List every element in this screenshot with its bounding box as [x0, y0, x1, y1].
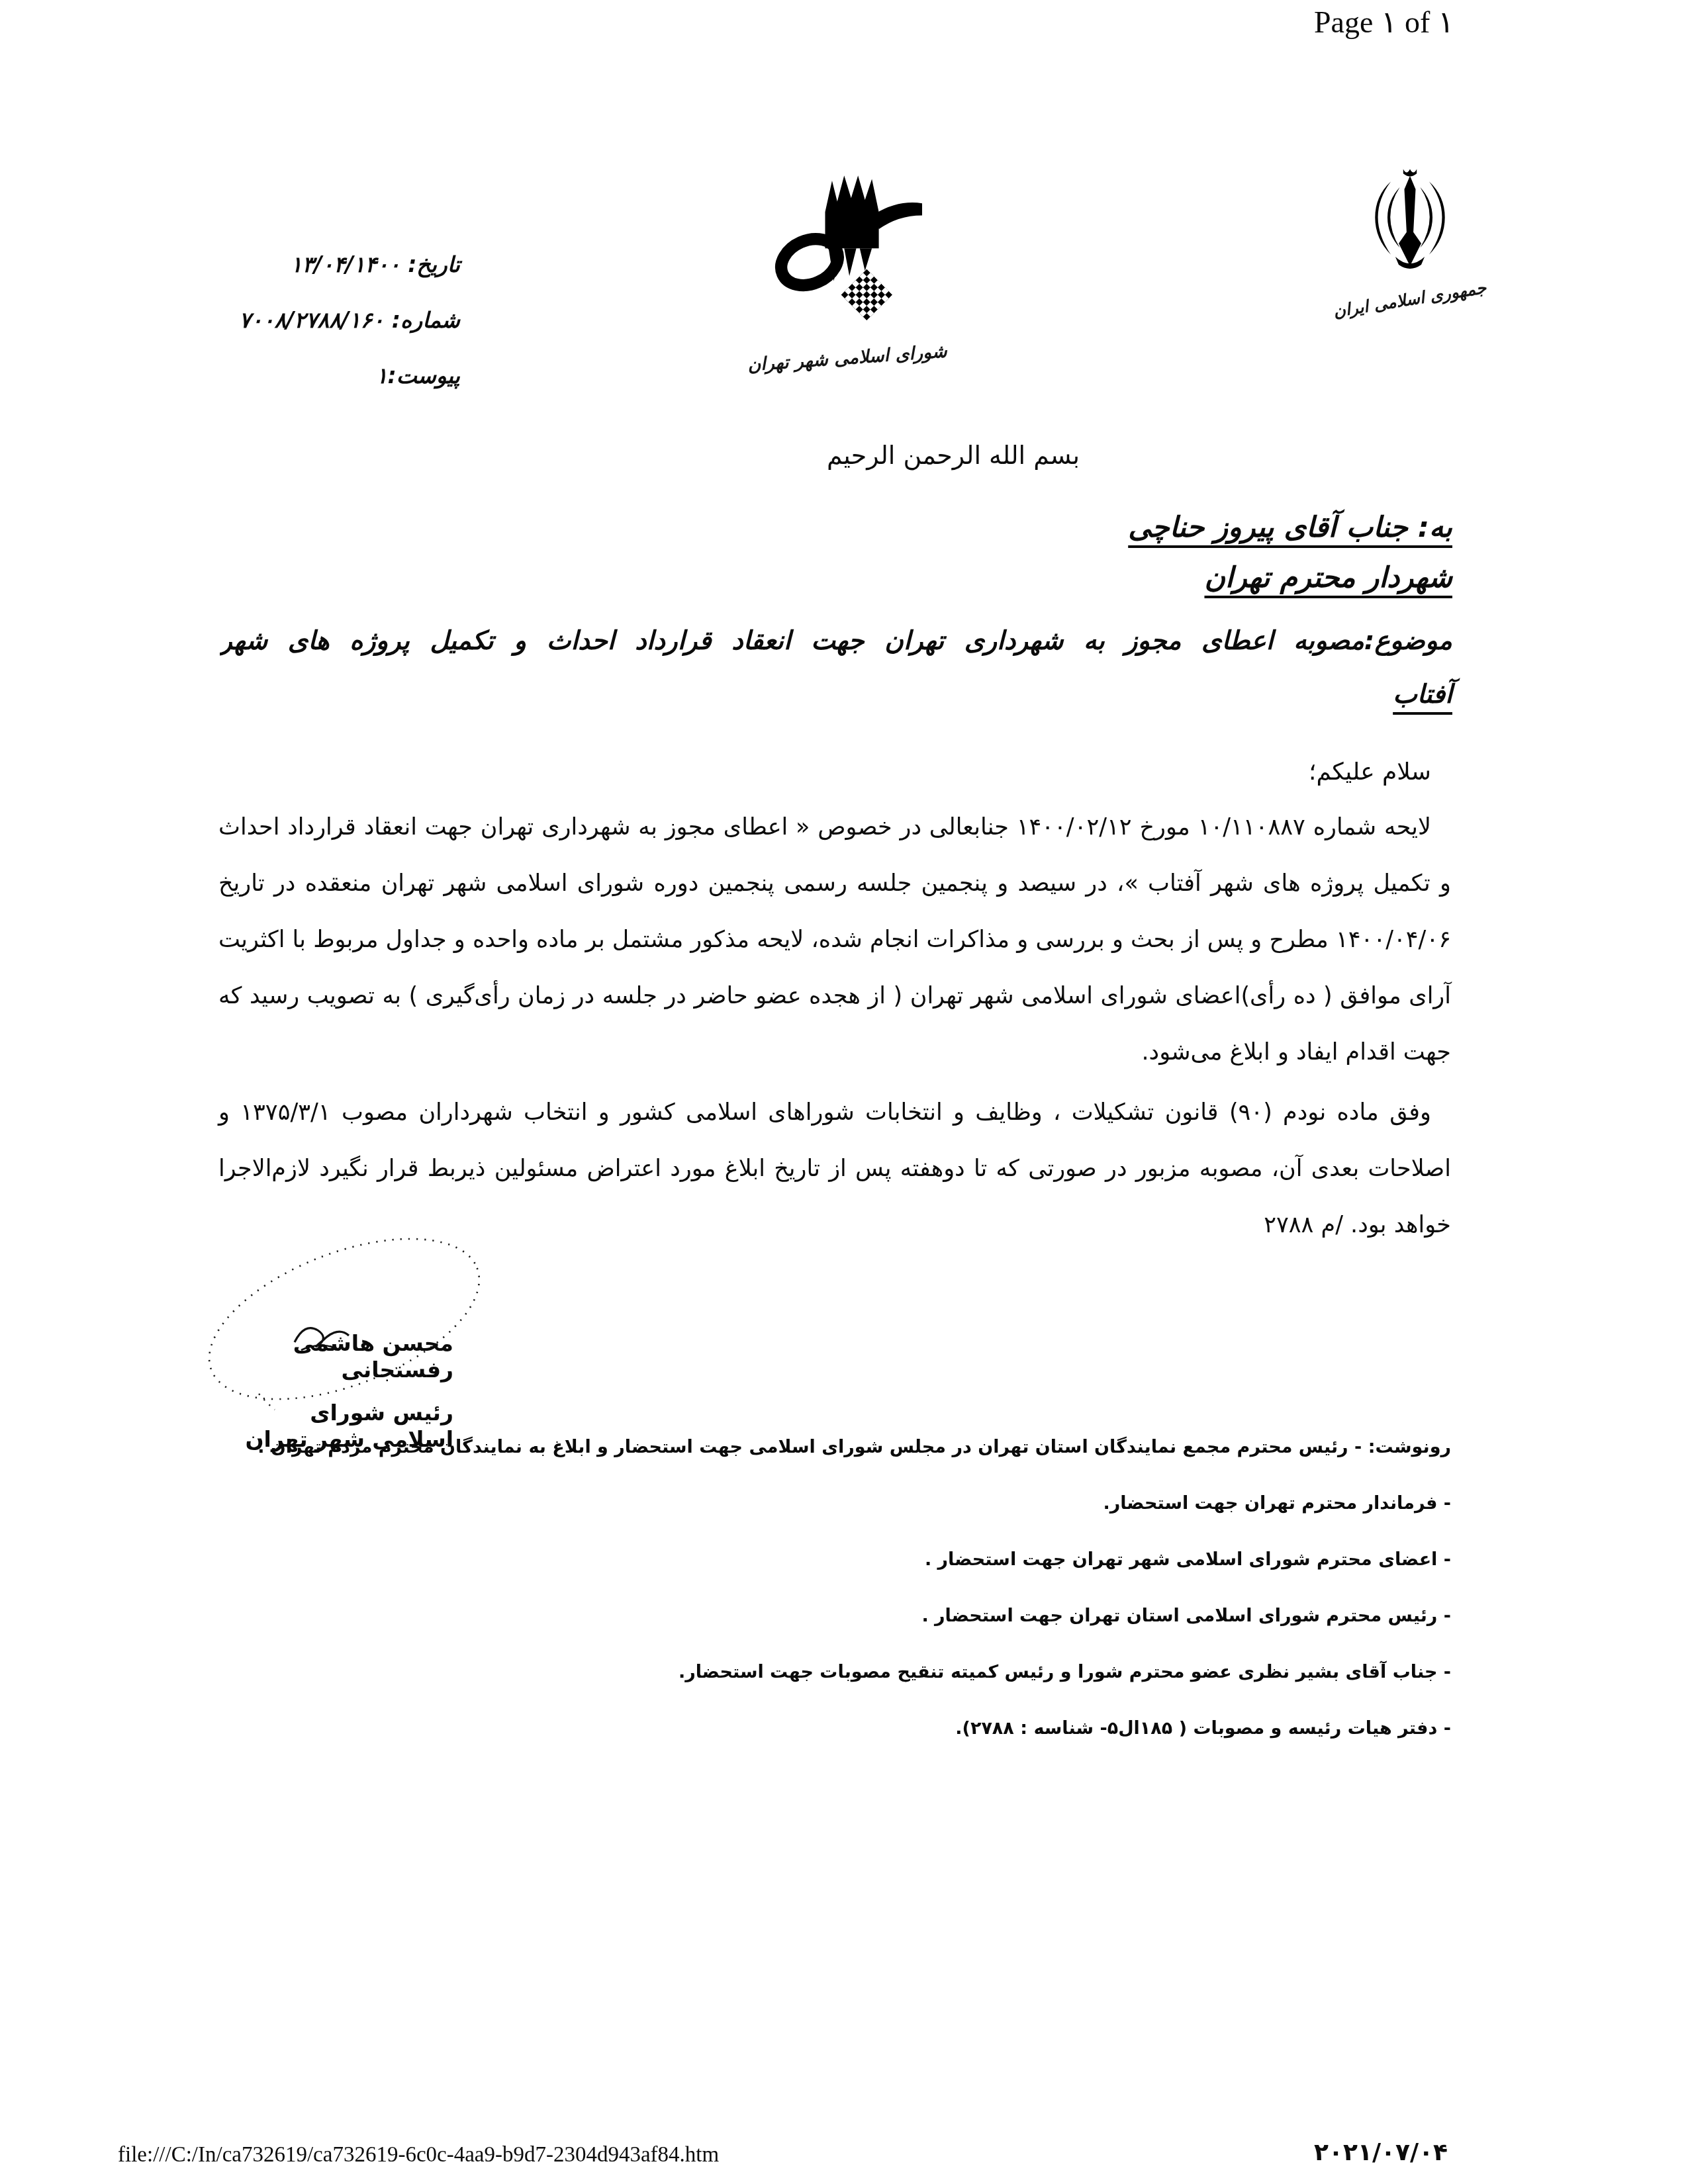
signatory: محسن هاشمی رفسنجانی رئیس شورای اسلامی شه… — [235, 1330, 453, 1453]
to-line: به: جناب آقای پیروز حناچی — [1128, 511, 1452, 544]
to-title-wrap: شهردار محترم تهران — [220, 561, 1452, 612]
page-counter: Page ۱ of ۱ — [1314, 4, 1685, 40]
subject-line-2-wrap: آفتاب — [220, 680, 1452, 709]
to-title: شهردار محترم تهران — [1204, 561, 1452, 594]
iran-emblem-caption: جمهوری اسلامی ایران — [1332, 278, 1487, 321]
subject-line-1: موضوع:مصوبه اعطای مجوز به شهرداری تهران … — [220, 626, 1452, 656]
basmala: بسم الله الرحمن الرحیم — [781, 441, 1125, 470]
footer-file-path: file:///C:/In/ca732619/ca732619-6c0c-4aa… — [118, 2143, 719, 2167]
body-paragraph-2: وفق ماده نودم (۹۰) قانون تشکیلات ، وظایف… — [218, 1085, 1451, 1253]
body-paragraph-1: لایحه شماره ۱۰/۱۱۰۸۸۷ مورخ ۱۴۰۰/۰۲/۱۲ جن… — [218, 799, 1451, 1081]
council-logo-block: شورای اسلامی شهر تهران — [745, 167, 950, 369]
scanned-letter-page: Page ۱ of ۱ تاریخ: ۱۳/۰۴/۱۴۰۰ شماره: ۷۰۰… — [0, 0, 1688, 2184]
letterhead-meta: تاریخ: ۱۳/۰۴/۱۴۰۰ شماره: ۷۰۰۸/۲۷۸۸/۱۶۰ پ… — [235, 251, 460, 418]
footer-date: ۲۰۲۱/۰۷/۰۴ — [1314, 2139, 1448, 2166]
letter-body: لایحه شماره ۱۰/۱۱۰۸۸۷ مورخ ۱۴۰۰/۰۲/۱۲ جن… — [218, 799, 1451, 1253]
cc-item: - دفتر هیات رئیسه و مصوبات ( ۱۸۵ال۵- شنا… — [218, 1717, 1451, 1739]
cc-item: رونوشت: - رئیس محترم مجمع نمایندگان استا… — [218, 1436, 1451, 1458]
addressee-block: به: جناب آقای پیروز حناچی شهردار محترم ت… — [220, 511, 1452, 709]
letter-attachment: پیوست:۱ — [235, 363, 460, 389]
cc-item: - اعضای محترم شورای اسلامی شهر تهران جهت… — [218, 1549, 1451, 1570]
subject-line-2: آفتاب — [1393, 680, 1452, 709]
signature-block: محسن هاشمی رفسنجانی رئیس شورای اسلامی شه… — [195, 1236, 592, 1448]
iran-emblem-block: جمهوری اسلامی ایران — [1307, 167, 1513, 309]
cc-item: - رئیس محترم شورای اسلامی استان تهران جه… — [218, 1605, 1451, 1627]
cc-list: رونوشت: - رئیس محترم مجمع نمایندگان استا… — [218, 1436, 1451, 1774]
signatory-name: محسن هاشمی رفسنجانی — [235, 1330, 453, 1383]
to-line-wrap: به: جناب آقای پیروز حناچی — [220, 511, 1452, 561]
letter-date: تاریخ: ۱۳/۰۴/۱۴۰۰ — [235, 251, 460, 278]
cc-item: - فرماندار محترم تهران جهت استحضار. — [218, 1492, 1451, 1514]
cc-item: - جناب آقای بشیر نظری عضو محترم شورا و ر… — [218, 1661, 1451, 1683]
iran-emblem-icon — [1354, 167, 1466, 273]
tehran-council-logo-icon — [773, 167, 922, 340]
letter-number: شماره: ۷۰۰۸/۲۷۸۸/۱۶۰ — [235, 307, 460, 334]
salutation: سلام علیکم؛ — [220, 758, 1431, 786]
council-logo-caption: شورای اسلامی شهر تهران — [747, 341, 947, 376]
